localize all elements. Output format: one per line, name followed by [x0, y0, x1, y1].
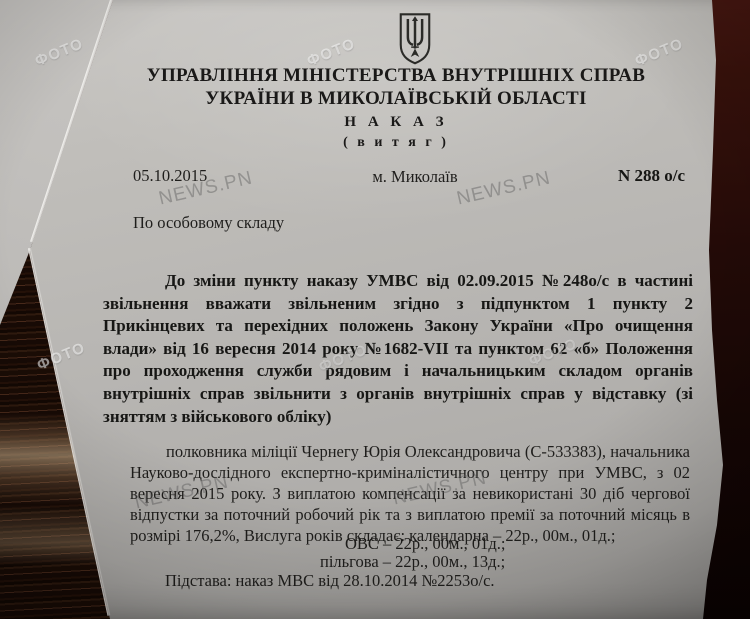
order-subject: По особовому складу: [133, 213, 284, 233]
basis-line: Підстава: наказ МВС від 28.10.2014 №2253…: [165, 571, 495, 591]
order-body-line: влади» від 16 вересня 2014 року №1682-VI…: [103, 338, 693, 361]
order-number: N 288 о/с: [618, 166, 685, 186]
order-body-line: Прикінцевих та перехідних положень Закон…: [103, 315, 693, 338]
order-body-line: внутрішніх справ звільнити з органів вну…: [103, 383, 693, 406]
order-title: Н А К А З: [100, 111, 692, 133]
org-name-line1: УПРАВЛІННЯ МІНІСТЕРСТВА ВНУТРІШНІХ СПРАВ: [100, 64, 692, 87]
service-record-pilhova-line: пільгова – 22р., 00м., 13д.;: [320, 552, 505, 572]
service-record-ovs-line: ОВС – 22р., 00м., 01д.;: [345, 534, 505, 554]
order-body-line: До зміни пункту наказу УМВС від 02.09.20…: [103, 270, 693, 293]
order-body-line: зняттям з військового обліку): [103, 406, 693, 429]
document-photo: УПРАВЛІННЯ МІНІСТЕРСТВА ВНУТРІШНІХ СПРАВ…: [0, 0, 750, 619]
order-body-line: про проходження служби рядовим і начальн…: [103, 360, 693, 383]
order-subtitle-extract: ( в и т я г ): [100, 133, 692, 153]
org-name-line2: УКРАЇНИ В МИКОЛАЇВСЬКІЙ ОБЛАСТІ: [100, 87, 692, 110]
tryzub-emblem-icon: [396, 12, 434, 66]
order-body-line: звільнення вважати звільненим згідно з п…: [103, 293, 693, 316]
letterhead: УПРАВЛІННЯ МІНІСТЕРСТВА ВНУТРІШНІХ СПРАВ…: [100, 64, 692, 153]
order-paragraph-1: До зміни пункту наказу УМВС від 02.09.20…: [103, 270, 693, 428]
order-body-line: полковника міліції Чернегу Юрія Олександ…: [130, 441, 690, 462]
order-document-sheet: УПРАВЛІННЯ МІНІСТЕРСТВА ВНУТРІШНІХ СПРАВ…: [0, 0, 750, 619]
